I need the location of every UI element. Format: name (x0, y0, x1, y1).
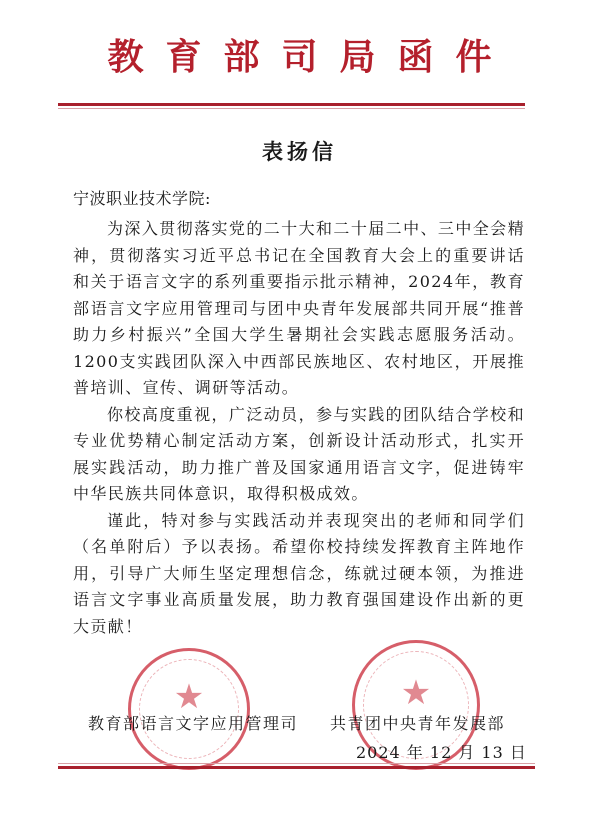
paragraph-3: 谨此，特对参与实践活动并表现突出的老师和同学们（名单附后）予以表扬。希望你校持续… (73, 508, 525, 641)
seal-star-icon: ★ (174, 680, 204, 714)
letterhead-divider-thick (58, 103, 525, 106)
letter-body: 为深入贯彻落实党的二十大和二十届二中、三中全会精神，贯彻落实习近平总书记在全国教… (73, 216, 525, 640)
seal-star-icon: ★ (401, 676, 431, 710)
paragraph-1: 为深入贯彻落实党的二十大和二十届二中、三中全会精神，贯彻落实习近平总书记在全国教… (73, 216, 525, 402)
document-title: 表扬信 (0, 138, 599, 166)
official-seal-left: ★ (128, 648, 250, 770)
signature-right: 共青团中央青年发展部 (330, 713, 505, 735)
letterhead-title: 教育部司局函件 (0, 34, 599, 80)
paragraph-2: 你校高度重视，广泛动员，参与实践的团队结合学校和专业优势精心制定活动方案，创新设… (73, 402, 525, 508)
footer-divider-thick (58, 766, 535, 769)
footer-divider-thin (58, 763, 535, 764)
signature-date: 2024 年 12 月 13 日 (356, 743, 527, 763)
salutation: 宁波职业技术学院: (73, 188, 211, 210)
letterhead-divider-thin (58, 108, 525, 109)
signature-left: 教育部语言文字应用管理司 (88, 713, 298, 735)
